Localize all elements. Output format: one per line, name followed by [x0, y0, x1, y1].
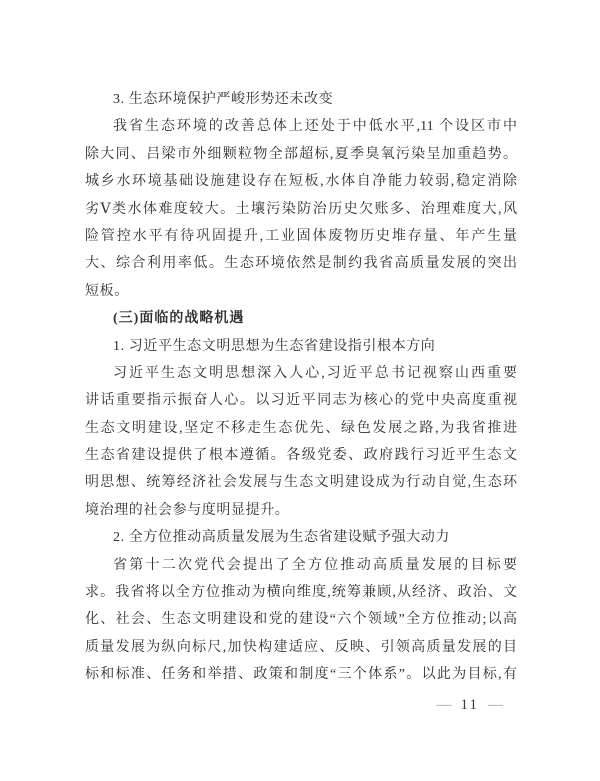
- body-line: 讲话重要指示振奋人心。以习近平同志为核心的党中央高度重视: [85, 387, 517, 414]
- body-line: 化、社会、生态文明建设和党的建设“六个领域”全方位推动;以高: [85, 606, 517, 633]
- section-heading: (三)面临的战略机遇: [85, 305, 517, 332]
- body-line: 生态文明建设,坚定不移走生态优先、绿色发展之路,为我省推进: [85, 415, 517, 442]
- body-line: 我省生态环境的改善总体上还处于中低水平,11 个设区市中: [85, 113, 517, 140]
- page-number-dash-right: —: [488, 697, 503, 713]
- body-line: 大、综合利用率低。生态环境依然是制约我省高质量发展的突出: [85, 250, 517, 277]
- page-number-value: 11: [461, 697, 479, 713]
- page-number: —11—: [437, 696, 503, 714]
- body-line: 标和标准、任务和举措、政策和制度“三个体系”。以此为目标,有: [85, 661, 517, 688]
- document-page: 3. 生态环境保护严峻形势还未改变 我省生态环境的改善总体上还处于中低水平,11…: [0, 0, 600, 781]
- body-line: 劣Ⅴ类水体难度较大。土壤污染防治历史欠账多、治理难度大,风: [85, 196, 517, 223]
- body-line: 生态省建设提供了根本遵循。各级党委、政府践行习近平生态文: [85, 442, 517, 469]
- subheading-item-1: 1. 习近平生态文明思想为生态省建设指引根本方向: [85, 333, 517, 360]
- body-line: 险管控水平有待巩固提升,工业固体废物历史堆存量、年产生量: [85, 223, 517, 250]
- body-line: 省第十二次党代会提出了全方位推动高质量发展的目标要: [85, 552, 517, 579]
- body-line: 境治理的社会参与度明显提升。: [85, 497, 517, 524]
- body-line: 明思想、统筹经济社会发展与生态文明建设成为行动自觉,生态环: [85, 469, 517, 496]
- body-line: 求。我省将以全方位推动为横向维度,统筹兼顾,从经济、政治、文: [85, 579, 517, 606]
- body-line: 城乡水环境基础设施建设存在短板,水体自净能力较弱,稳定消除: [85, 168, 517, 195]
- body-line: 短板。: [85, 278, 517, 305]
- page-number-dash-left: —: [437, 697, 452, 713]
- body-line: 质量发展为纵向标尺,加快构建适应、反映、引领高质量发展的目: [85, 634, 517, 661]
- subheading-item-2: 2. 全方位推动高质量发展为生态省建设赋予强大动力: [85, 524, 517, 551]
- document-text-block: 3. 生态环境保护严峻形势还未改变 我省生态环境的改善总体上还处于中低水平,11…: [85, 86, 517, 689]
- subheading-item-3: 3. 生态环境保护严峻形势还未改变: [85, 86, 517, 113]
- body-line: 习近平生态文明思想深入人心,习近平总书记视察山西重要: [85, 360, 517, 387]
- body-line: 除大同、吕梁市外细颗粒物全部超标,夏季臭氧污染呈加重趋势。: [85, 141, 517, 168]
